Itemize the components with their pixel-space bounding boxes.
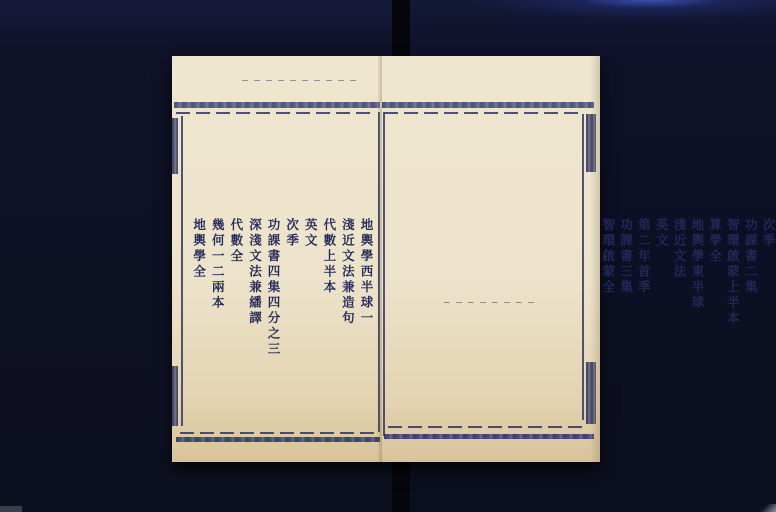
right-edge-block-bottom [586,362,596,424]
text-column: 代數全 [223,218,242,358]
text-column: 英文 [298,218,317,358]
text-column: 算學全 [703,218,721,327]
text-column: 功課書四集四分之三 [260,218,279,358]
text-column: 地輿學東半球 [685,218,703,327]
top-inner-rule [176,112,376,114]
bottom-inner-rule [388,426,588,428]
text-column: 淺近文法 [667,218,685,327]
corner-edge-right [756,504,776,512]
top-border-rule [382,102,594,108]
top-border-rule [174,102,380,108]
right-page: 次季 功課書二集 智環啟蒙上半本 算學全 地輿學東半球 淺近文法 英文 第二年首… [382,56,600,462]
text-column: 地輿學全 [186,218,205,358]
right-frame-line [582,114,584,420]
text-column: 功課書三集 [614,218,632,327]
text-column: 功課書二集 [738,218,756,327]
open-book: 地輿學西半球一 淺近文法兼造句 代數上半本 英文 次季 功課書四集四分之三 深淺… [172,56,600,462]
bottom-inner-rule [180,432,380,434]
text-column: 地輿學西半球一 [353,218,372,358]
bottom-border-rule [176,437,380,442]
faint-print-mark [242,80,362,81]
left-page: 地輿學西半球一 淺近文法兼造句 代數上半本 英文 次季 功課書四集四分之三 深淺… [172,56,383,462]
text-column: 代數上半本 [316,218,335,358]
text-column: 英文 [649,218,667,327]
text-column: 深淺文法兼繙譯 [242,218,261,358]
text-column: 智環啟蒙上半本 [721,218,739,327]
bottom-border-rule [384,434,594,439]
text-column: 幾何一二兩本 [205,218,224,358]
center-frame-line-right [383,112,385,436]
faint-print-mark [444,302,534,303]
left-edge-block-top [172,118,178,174]
left-edge-block-bottom [172,366,178,426]
right-edge-block-top [586,114,596,172]
text-column: 次季 [756,218,774,327]
corner-edge-left [0,506,22,512]
right-page-text-columns: 次季 功課書二集 智環啟蒙上半本 算學全 地輿學東半球 淺近文法 英文 第二年首… [596,218,774,327]
left-frame-line [181,116,183,426]
text-column: 第二年首季 [632,218,650,327]
text-column: 智環啟蒙全 [596,218,614,327]
top-inner-rule [384,112,580,114]
left-page-text-columns: 地輿學西半球一 淺近文法兼造句 代數上半本 英文 次季 功課書四集四分之三 深淺… [186,218,372,358]
text-column: 淺近文法兼造句 [335,218,354,358]
text-column: 次季 [279,218,298,358]
